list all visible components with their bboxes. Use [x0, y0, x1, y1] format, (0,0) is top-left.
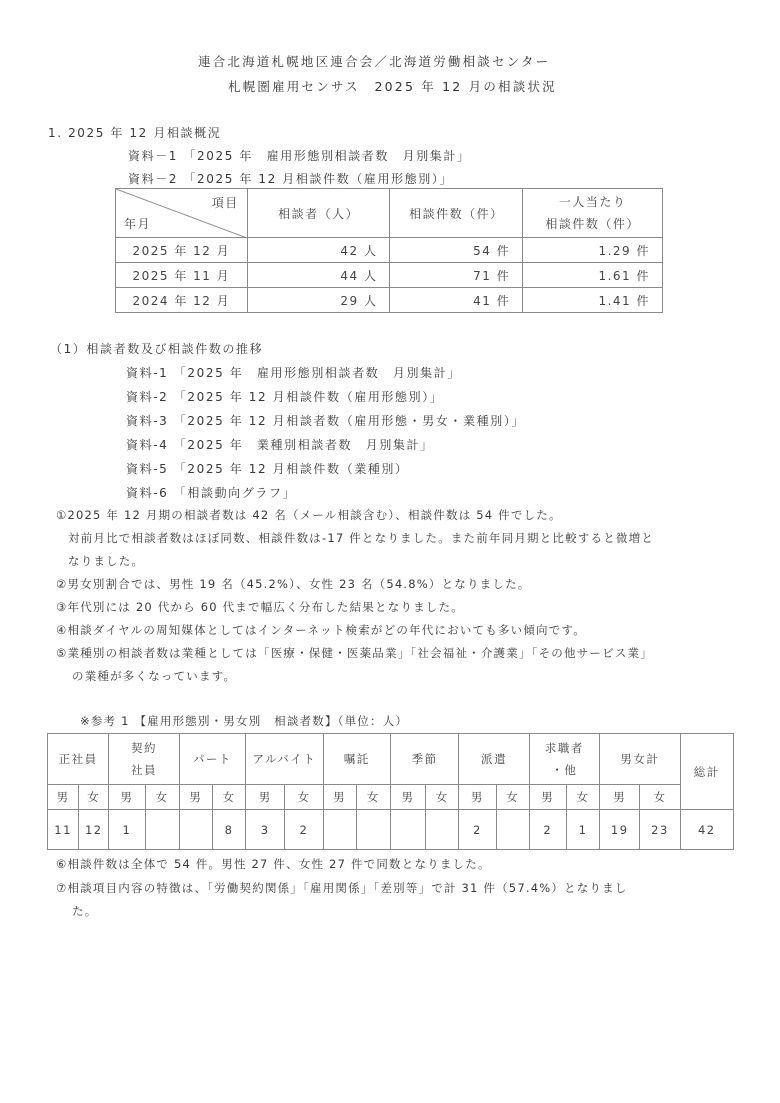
value-regular-female: 12	[79, 810, 109, 850]
row-persons: 44 人	[247, 263, 390, 288]
point-1-cont-a: 対前月比で相談者数はほぼ同数、相談件数は-17 件となりました。また前年同月期と…	[68, 530, 654, 546]
table-row: 2024 年 12 月 29 人 41 件 1.41 件	[116, 288, 663, 313]
value-part-female: 8	[212, 810, 245, 850]
sex-header-row: 男 女 男 女 男 女 男 女 男 女 男 女 男 女 男 女 男 女	[48, 785, 734, 810]
document-title-organization: 連合北海道札幌地区連合会／北海道労働相談センター	[198, 52, 550, 70]
value-dispatch-male: 2	[459, 810, 496, 850]
sex-male: 男	[390, 785, 425, 810]
category-contract: 契約 社員	[109, 734, 179, 785]
trend-reference-1: 資料-1 「2025 年 雇用形態別相談者数 月別集計」	[126, 364, 461, 381]
value-seasonal-female	[426, 810, 459, 850]
sex-male: 男	[109, 785, 145, 810]
value-dispatch-female	[496, 810, 529, 850]
table-row: 2025 年 11 月 44 人 71 件 1.61 件	[116, 263, 663, 288]
value-seasonal-male	[390, 810, 425, 850]
category-entrusted: 嘱託	[323, 734, 390, 785]
value-contract-female	[145, 810, 179, 850]
trend-reference-2: 資料-2 「2025 年 12 月相談件数（雇用形態別）」	[126, 388, 443, 405]
row-per-person: 1.41 件	[523, 288, 663, 313]
header-persons: 相談者（人）	[247, 189, 390, 238]
value-entrusted-male	[323, 810, 356, 850]
category-jobseeker-other: 求職者 ・他	[529, 734, 599, 785]
category-jobseeker-line1: 求職者	[530, 737, 599, 759]
point-3: ③年代別には 20 代から 60 代まで幅広く分布した結果となりました。	[56, 599, 464, 615]
row-month: 2025 年 12 月	[116, 238, 248, 263]
reference-2: 資料－2 「2025 年 12 月相談件数（雇用形態別）」	[128, 170, 453, 187]
point-5: ⑤業種別の相談者数は業種としては「医療・保健・医薬品業」「社会福祉・介護業」「そ…	[56, 645, 653, 661]
trend-reference-5: 資料-5 「2025 年 12 月相談件数（業種別）	[126, 460, 409, 477]
sex-male: 男	[459, 785, 496, 810]
row-persons: 42 人	[247, 238, 390, 263]
sex-female: 女	[566, 785, 599, 810]
point-1-cont-b: なりました。	[68, 553, 144, 569]
row-cases: 54 件	[390, 238, 523, 263]
trend-reference-6: 資料-6 「相談動向グラフ」	[126, 484, 296, 501]
corner-label-month: 年月	[124, 215, 151, 232]
category-seasonal: 季節	[390, 734, 458, 785]
reference-table: 正社員 契約 社員 パート アルバイト 嘱託 季節 派遣 求職者 ・他 男女計 …	[47, 733, 734, 850]
table-row: 2025 年 12 月 42 人 54 件 1.29 件	[116, 238, 663, 263]
value-gender-total-male: 19	[600, 810, 640, 850]
point-4: ④相談ダイヤルの周知媒体としてはインターネット検索がどの年代においても多い傾向で…	[56, 622, 586, 638]
document-title-report: 札幌圏雇用センサス 2025 年 12 月の相談状況	[228, 77, 557, 95]
point-1: ①2025 年 12 月期の相談者数は 42 名（メール相談含む）、相談件数は …	[56, 507, 562, 523]
corner-cell: 項目 年月	[116, 189, 248, 238]
sex-female: 女	[426, 785, 459, 810]
value-grand-total: 42	[680, 810, 733, 850]
trend-reference-3: 資料-3 「2025 年 12 月相談者数（雇用形態・男女・業種別）」	[126, 412, 525, 429]
value-arbeit-female: 2	[285, 810, 323, 850]
category-dispatch: 派遣	[459, 734, 529, 785]
category-gender-total: 男女計	[600, 734, 680, 785]
sex-male: 男	[48, 785, 79, 810]
reference-1: 資料－1 「2025 年 雇用形態別相談者数 月別集計」	[128, 147, 471, 164]
value-jobseeker-male: 2	[529, 810, 566, 850]
category-grand-total: 総計	[680, 734, 733, 810]
row-month: 2025 年 11 月	[116, 263, 248, 288]
sex-male: 男	[600, 785, 640, 810]
values-row: 11 12 1 8 3 2 2 2 1 19 23 42	[48, 810, 734, 850]
value-gender-total-female: 23	[640, 810, 680, 850]
category-arbeit: アルバイト	[246, 734, 323, 785]
category-regular: 正社員	[48, 734, 109, 785]
sex-male: 男	[246, 785, 285, 810]
value-regular-male: 11	[48, 810, 79, 850]
value-arbeit-male: 3	[246, 810, 285, 850]
row-month: 2024 年 12 月	[116, 288, 248, 313]
section-heading-overview: 1. 2025 年 12 月相談概況	[48, 124, 221, 141]
row-persons: 29 人	[247, 288, 390, 313]
category-contract-line2: 社員	[109, 759, 178, 781]
value-entrusted-female	[356, 810, 390, 850]
row-per-person: 1.61 件	[523, 263, 663, 288]
header-per-person-line1: 一人当たり	[523, 191, 662, 213]
summary-table-header: 項目 年月 相談者（人） 相談件数（件） 一人当たり 相談件数（件）	[116, 189, 663, 238]
sex-female: 女	[145, 785, 179, 810]
value-jobseeker-female: 1	[566, 810, 599, 850]
point-6: ⑥相談件数は全体で 54 件。男性 27 件、女性 27 件で同数となりました。	[56, 856, 491, 872]
category-header-row: 正社員 契約 社員 パート アルバイト 嘱託 季節 派遣 求職者 ・他 男女計 …	[48, 734, 734, 785]
sex-female: 女	[285, 785, 323, 810]
trend-reference-4: 資料-4 「2025 年 業種別相談者数 月別集計」	[126, 436, 434, 453]
sex-male: 男	[529, 785, 566, 810]
point-2: ②男女別割合では、男性 19 名（45.2%）、女性 23 名（54.8%）とな…	[56, 576, 531, 592]
sex-female: 女	[212, 785, 245, 810]
row-cases: 71 件	[390, 263, 523, 288]
row-cases: 41 件	[390, 288, 523, 313]
corner-label-item: 項目	[212, 194, 239, 211]
header-per-person-line2: 相談件数（件）	[523, 213, 662, 235]
category-jobseeker-line2: ・他	[530, 759, 599, 781]
sex-male: 男	[323, 785, 356, 810]
point-5-cont: の業種が多くなっています。	[72, 668, 236, 684]
reference-table-caption: ※参考 1 【雇用形態別・男女別 相談者数】（単位：人）	[80, 713, 408, 729]
value-contract-male: 1	[109, 810, 145, 850]
header-per-person: 一人当たり 相談件数（件）	[523, 189, 663, 238]
sex-female: 女	[496, 785, 529, 810]
sex-female: 女	[79, 785, 109, 810]
category-contract-line1: 契約	[109, 737, 178, 759]
point-7: ⑦相談項目内容の特徴は、「労働契約関係」「雇用関係」「差別等」で計 31 件（5…	[56, 880, 628, 896]
category-part-time: パート	[179, 734, 245, 785]
point-7-cont: た。	[72, 903, 97, 919]
row-per-person: 1.29 件	[523, 238, 663, 263]
section-heading-trend: （1）相談者数及び相談件数の推移	[50, 340, 263, 357]
summary-table: 項目 年月 相談者（人） 相談件数（件） 一人当たり 相談件数（件） 2025 …	[115, 188, 663, 313]
sex-male: 男	[179, 785, 212, 810]
sex-female: 女	[640, 785, 680, 810]
value-part-male	[179, 810, 212, 850]
header-cases: 相談件数（件）	[390, 189, 523, 238]
sex-female: 女	[356, 785, 390, 810]
